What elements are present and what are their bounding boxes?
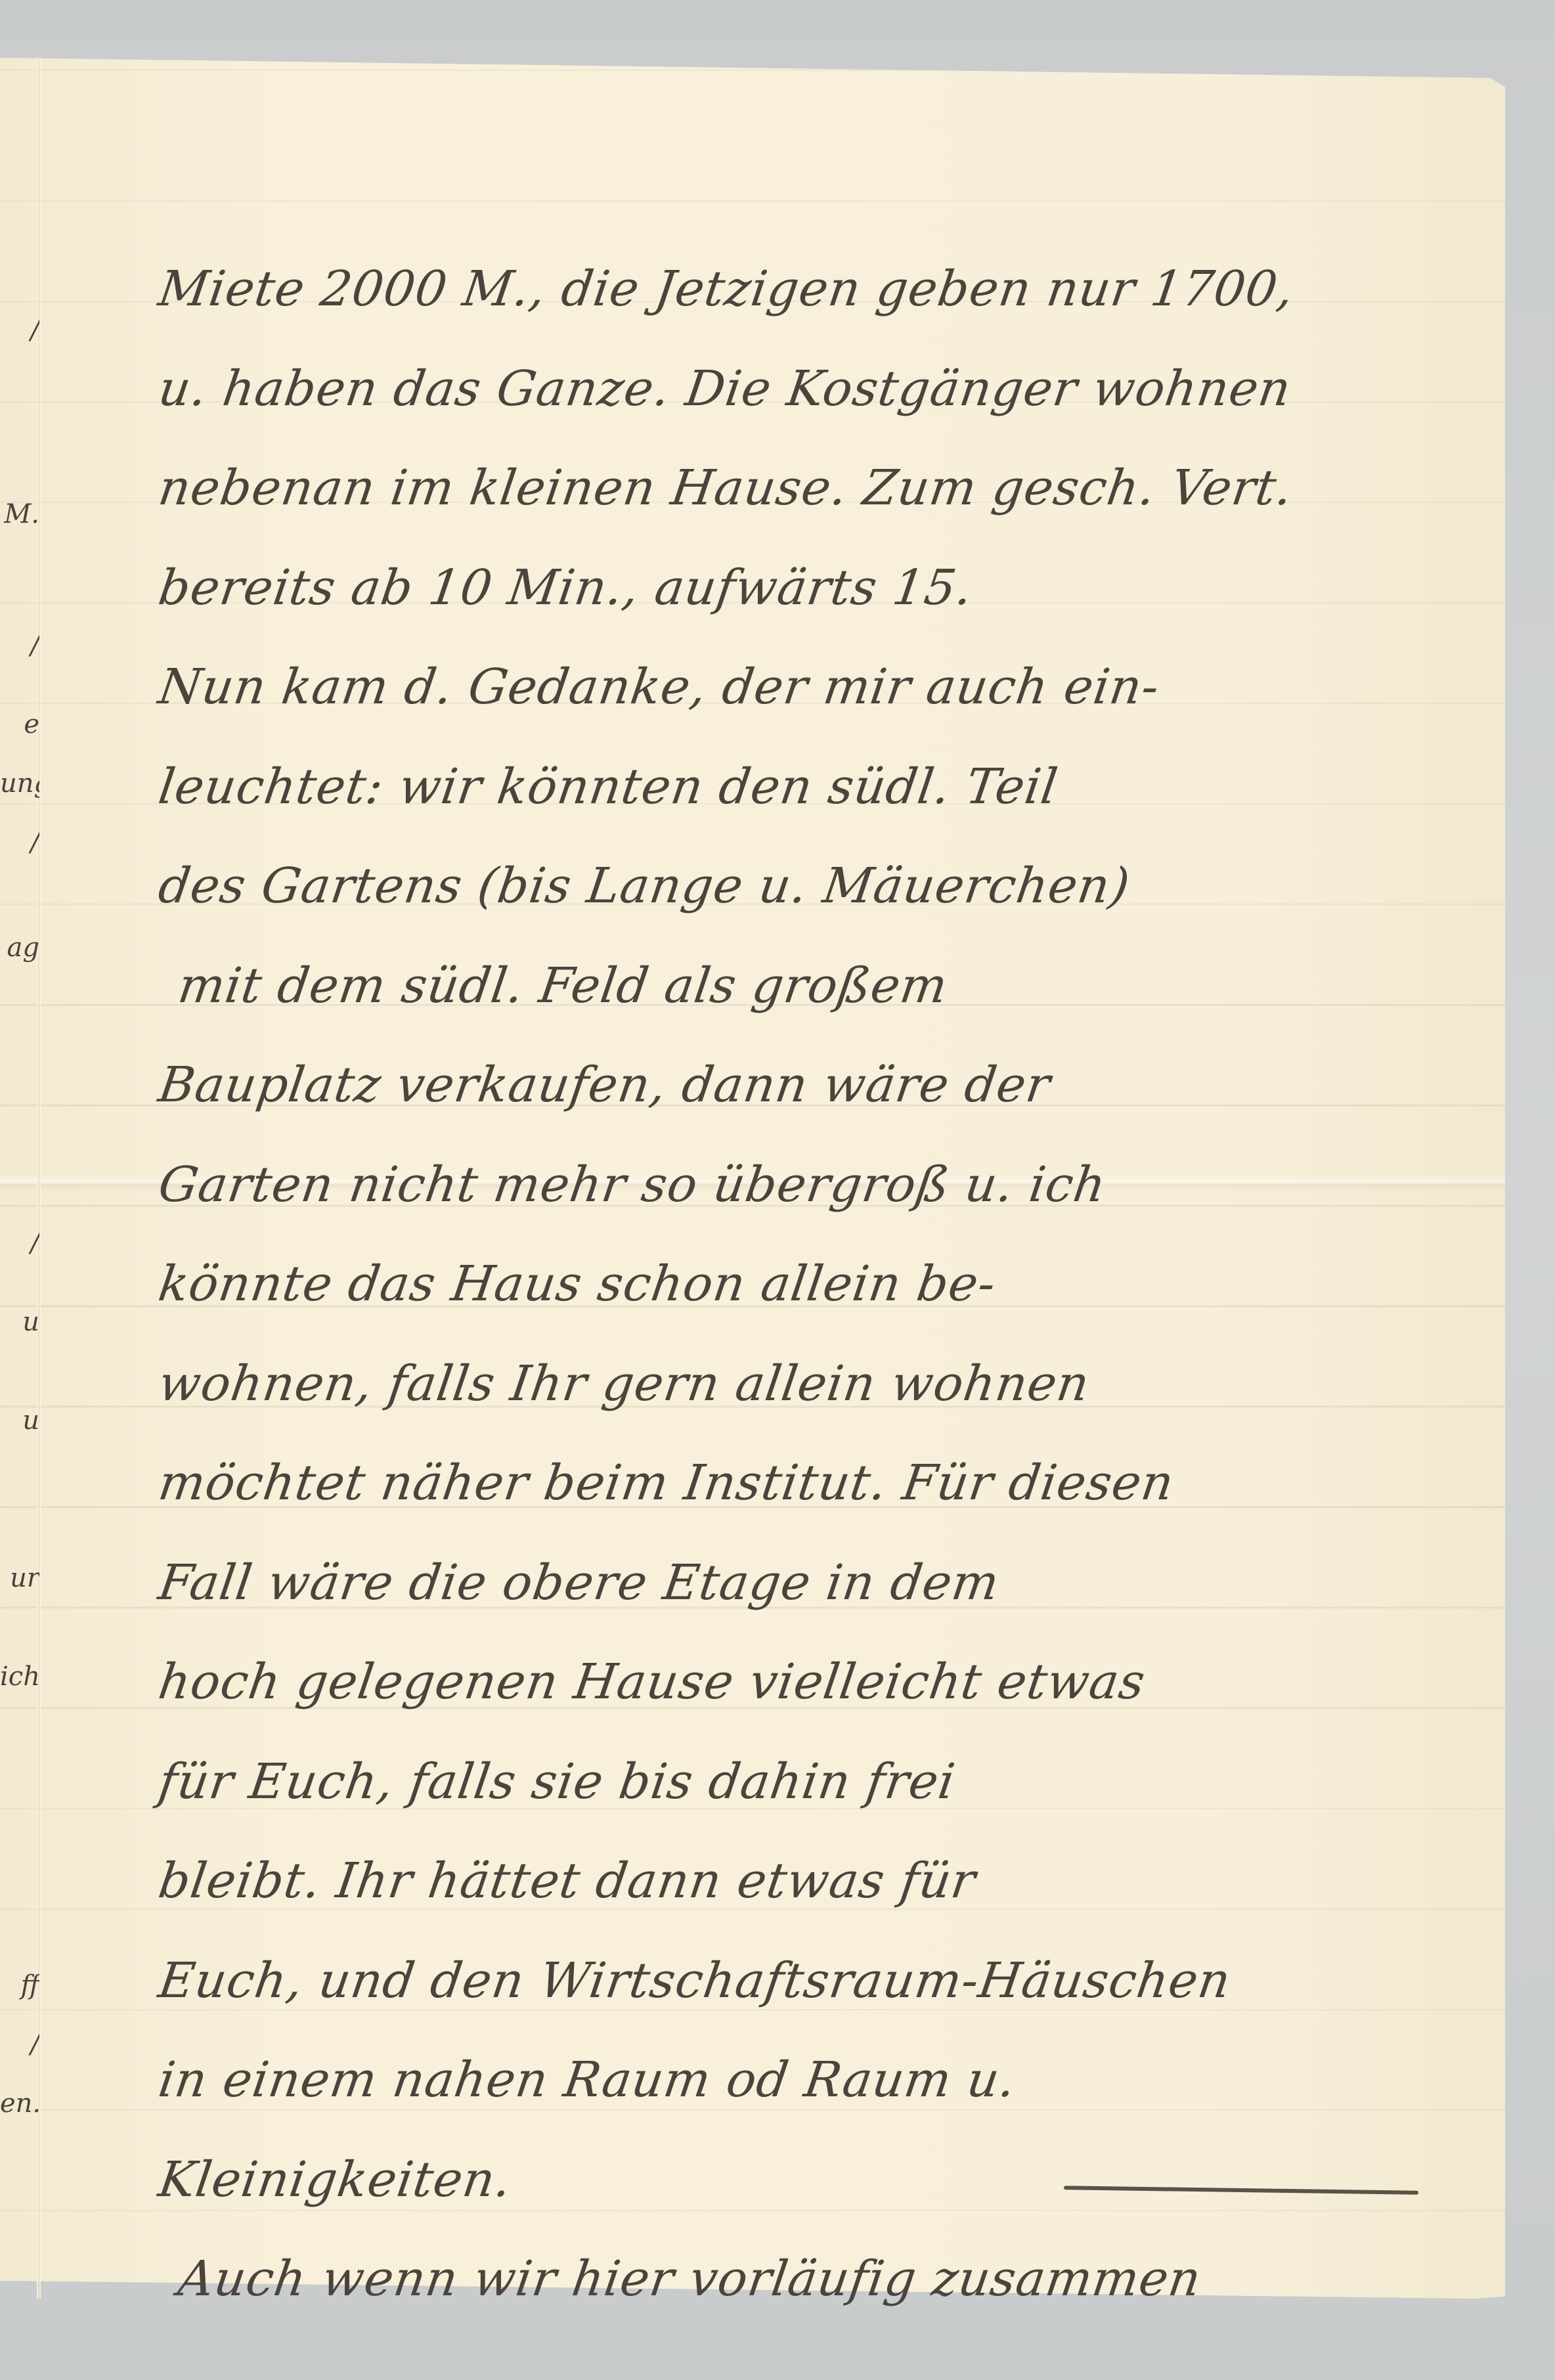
letter-line: für Euch, falls sie bis dahin frei <box>150 1749 1516 1849</box>
facing-page-fragment: en. <box>0 2088 39 2119</box>
letter-line: wohnen, falls Ihr gern allein wohnen <box>150 1351 1516 1451</box>
letter-line: in einem nahen Raum od Raum u. <box>150 2047 1516 2147</box>
facing-page-fragment: ff <box>0 1970 39 2000</box>
letter-line: des Gartens (bis Lange u. Mäuerchen) <box>150 853 1516 953</box>
facing-page-fragment: / <box>0 315 39 345</box>
letter-line: möchtet näher beim Institut. Für diesen <box>150 1450 1516 1550</box>
facing-page-fragment: / <box>0 1228 39 1258</box>
letter-line: könnte das Haus schon allein be- <box>150 1251 1516 1351</box>
letter-line: hoch gelegenen Hause vielleicht etwas <box>150 1649 1516 1749</box>
facing-page-fragment: ur <box>0 1563 39 1593</box>
letter-line: Garten nicht mehr so übergroß u. ich <box>150 1152 1516 1252</box>
letter-line: leuchtet: wir könnten den südl. Teil <box>150 754 1516 854</box>
letter-body: Miete 2000 M., die Jetzigen geben nur 17… <box>150 256 1502 2346</box>
page-fold <box>37 58 41 2299</box>
facing-page-fragment: ung <box>0 768 39 799</box>
letter-line: bleibt. Ihr hättet dann etwas für <box>150 1848 1516 1948</box>
letter-line: bereits ab 10 Min., aufwärts 15. <box>150 555 1516 655</box>
letter-line: Fall wäre die obere Etage in dem <box>150 1550 1516 1650</box>
facing-page-fragment: u <box>0 1405 39 1436</box>
letter-line: nebenan im kleinen Hause. Zum gesch. Ver… <box>150 455 1516 555</box>
facing-page-fragment: e <box>0 709 39 739</box>
facing-page-fragment: / <box>0 827 39 858</box>
letter-line: u. haben das Ganze. Die Kostgänger wohne… <box>150 356 1516 456</box>
facing-page-fragment: M. <box>0 499 39 529</box>
letter-line: Euch, und den Wirtschaftsraum-Häuschen <box>150 1948 1516 2048</box>
letter-line: Kleinigkeiten. <box>150 2147 1516 2247</box>
letter-line: Nun kam d. Gedanke, der mir auch ein- <box>150 654 1516 754</box>
facing-page-margin: / M. / e ung / ag / u u ur ich ff / en. <box>0 58 37 2299</box>
facing-page-fragment: ag <box>0 933 39 963</box>
letter-line: mit dem südl. Feld als großem <box>150 953 1516 1053</box>
facing-page-fragment: ich <box>0 1662 39 1692</box>
facing-page-fragment: / <box>0 630 39 661</box>
facing-page-fragment: u <box>0 1307 39 1337</box>
letter-line: Miete 2000 M., die Jetzigen geben nur 17… <box>150 256 1516 356</box>
letter-line: Bauplatz verkaufen, dann wäre der <box>150 1052 1516 1152</box>
facing-page-fragment: / <box>0 2029 39 2060</box>
letter-line: Auch wenn wir hier vorläufig zusammen <box>150 2246 1516 2346</box>
